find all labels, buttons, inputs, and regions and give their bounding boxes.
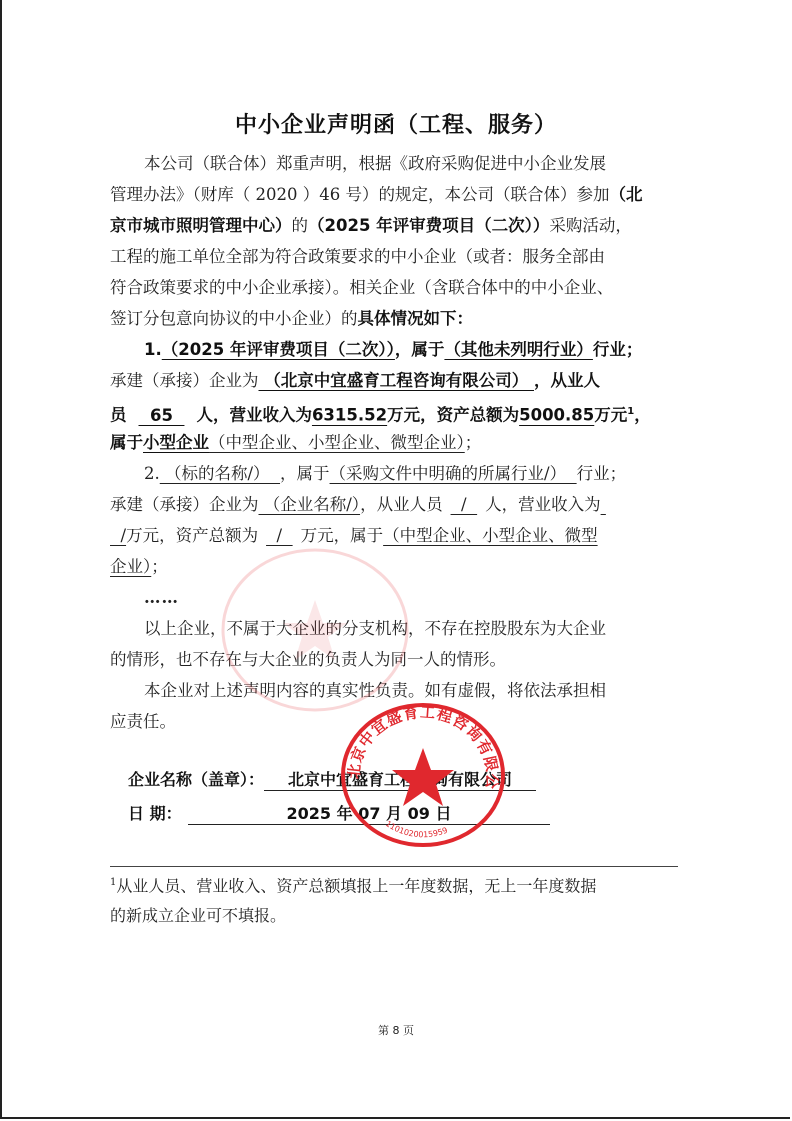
intro-line-5: 符合政策要求的中小企业承接）。相关企业（含联合体中的中小企业、 (110, 272, 678, 303)
item-text: 行业； (577, 464, 627, 483)
footnote-line-1: 1从业人员、营业收入、资产总额填报上一年度数据，无上一年度数据 (110, 868, 678, 901)
item-1-assets: 5000.85 (519, 406, 594, 425)
intro-text: 采购活动， (549, 216, 632, 235)
intro-line-2: 管理办法》（财库（ 2020 ）46 号）的规定，本公司（联合体）参加（北 (110, 179, 678, 210)
item-text: 承建（承接）企业为 (110, 495, 259, 514)
item-text: 万元 (594, 406, 627, 425)
item-2-line-1: 2. （标的名称/） ，属于（采购文件中明确的所属行业/） 行业； (110, 458, 678, 489)
project-name: （2025 年评审费项目（二次）） (308, 216, 549, 235)
item-2-staff: / (443, 495, 486, 514)
company-label: 企业名称（盖章）： (128, 770, 264, 789)
item-text: 承建（承接）企业为 (110, 371, 259, 390)
date-field: 2025 年 07 月 09 日 (188, 804, 550, 825)
item-text: 人，营业收入为 (196, 406, 312, 425)
details-heading: 具体情况如下： (358, 309, 474, 328)
intro-line-4: 工程的施工单位全部为符合政策要求的中小企业（或者：服务全部由 (110, 241, 678, 272)
item-number: 2. (144, 464, 160, 483)
page-title: 中小企业声明函（工程、服务） (0, 108, 792, 139)
statement-body: 本公司（联合体）郑重声明，根据《政府采购促进中小企业发展 管理办法》（财库（ 2… (110, 148, 678, 737)
declaration-1-line-1: 以上企业，不属于大企业的分支机构，不存在控股股东为大企业 (110, 613, 678, 644)
item-number: 1. (144, 340, 162, 359)
item-text: 人，营业收入为 (485, 495, 601, 514)
item-text: 万元，资产总额为 (387, 406, 519, 425)
footnote-line-2: 的新成立企业可不填报。 (110, 901, 678, 931)
item-1-industry: （其他未列明行业） (444, 340, 593, 359)
item-text: ，属于 (280, 464, 330, 483)
item-1-type-options: （中型企业、小型企业、微型企业） (209, 433, 465, 452)
item-text: ，从业人 (534, 371, 600, 390)
intro-text: 签订分包意向协议的中小企业）的 (110, 309, 358, 328)
item-1-line-4: 属于小型企业（中型企业、小型企业、微型企业）； (110, 427, 678, 458)
item-1-line-3: 员 65 人，营业收入为6315.52万元，资产总额为5000.85万元1， (110, 396, 678, 427)
item-text: ； (151, 557, 168, 576)
date-label: 日 期： (128, 801, 188, 824)
item-1-project: （2025 年评审费项目（二次）） (162, 340, 395, 359)
item-2-type-options: （中型企业、小型企业、微型 (383, 526, 598, 545)
declaration-2-line-1: 本企业对上述声明内容的真实性负责。如有虚假，将依法承担相 (110, 675, 678, 706)
item-1-enterprise-type: 小型企业 (143, 433, 209, 452)
item-text: ； (465, 433, 482, 452)
date-row: 日 期：2025 年 07 月 09 日 (128, 801, 550, 835)
footnote-text: 从业人员、营业收入、资产总额填报上一年度数据，无上一年度数据 (116, 876, 596, 895)
item-text: 员 (110, 406, 127, 425)
footnote-divider (110, 866, 678, 867)
ellipsis: …… (110, 582, 678, 613)
purchaser-name-end: 京市城市照明管理中心） (110, 216, 292, 235)
item-1-staff: 65 (127, 406, 197, 425)
item-2-revenue: / (110, 526, 126, 545)
item-2-line-4: 企业）； (110, 551, 678, 582)
item-text: 万元，属于 (301, 526, 384, 545)
intro-text: 的 (292, 216, 309, 235)
company-name-field: 北京中宜盛育工程咨询有限公司 (264, 770, 536, 791)
item-text: 属于 (110, 433, 143, 452)
item-text: ， (634, 406, 651, 425)
declaration-1-line-2: 的情形，也不存在与大企业的负责人为同一人的情形。 (110, 644, 678, 675)
item-text: ，从业人员 (360, 495, 443, 514)
item-1-line-1: 1.（2025 年评审费项目（二次）），属于（其他未列明行业）行业； (110, 334, 678, 365)
declaration-2-line-2: 应责任。 (110, 706, 678, 737)
item-1-line-2: 承建（承接）企业为 （北京中宜盛育工程咨询有限公司） ，从业人 (110, 365, 678, 396)
item-2-project: （标的名称/） (160, 464, 280, 483)
item-2-contractor: （企业名称/） (259, 495, 361, 514)
item-text: ，属于 (395, 340, 445, 359)
item-1-contractor: （北京中宜盛育工程咨询有限公司） (259, 371, 535, 390)
item-text: 万元，资产总额为 (126, 526, 258, 545)
item-2-type-options-end: 企业） (110, 557, 151, 576)
item-2-assets: / (258, 526, 301, 545)
item-2-industry: （采购文件中明确的所属行业/） (330, 464, 577, 483)
item-text: 行业； (593, 340, 643, 359)
item-2-line-2: 承建（承接）企业为 （企业名称/），从业人员 / 人，营业收入为 (110, 489, 678, 520)
intro-line-3: 京市城市照明管理中心）的（2025 年评审费项目（二次））采购活动， (110, 210, 678, 241)
item-2-line-3: /万元，资产总额为 / 万元，属于（中型企业、小型企业、微型 (110, 520, 678, 551)
footnote: 1从业人员、营业收入、资产总额填报上一年度数据，无上一年度数据 的新成立企业可不… (110, 868, 678, 931)
intro-line-6: 签订分包意向协议的中小企业）的具体情况如下： (110, 303, 678, 334)
signature-block: 企业名称（盖章）：北京中宜盛育工程咨询有限公司 日 期：2025 年 07 月 … (128, 767, 550, 835)
purchaser-name-start: （北 (609, 185, 642, 204)
item-2-revenue-start (601, 495, 606, 514)
page-number: 第 8 页 (0, 1022, 792, 1038)
company-signature-row: 企业名称（盖章）：北京中宜盛育工程咨询有限公司 (128, 767, 550, 801)
intro-line-1: 本公司（联合体）郑重声明，根据《政府采购促进中小企业发展 (110, 148, 678, 179)
item-1-revenue: 6315.52 (312, 406, 387, 425)
intro-text: 管理办法》（财库（ 2020 ）46 号）的规定，本公司（联合体）参加 (110, 185, 609, 204)
